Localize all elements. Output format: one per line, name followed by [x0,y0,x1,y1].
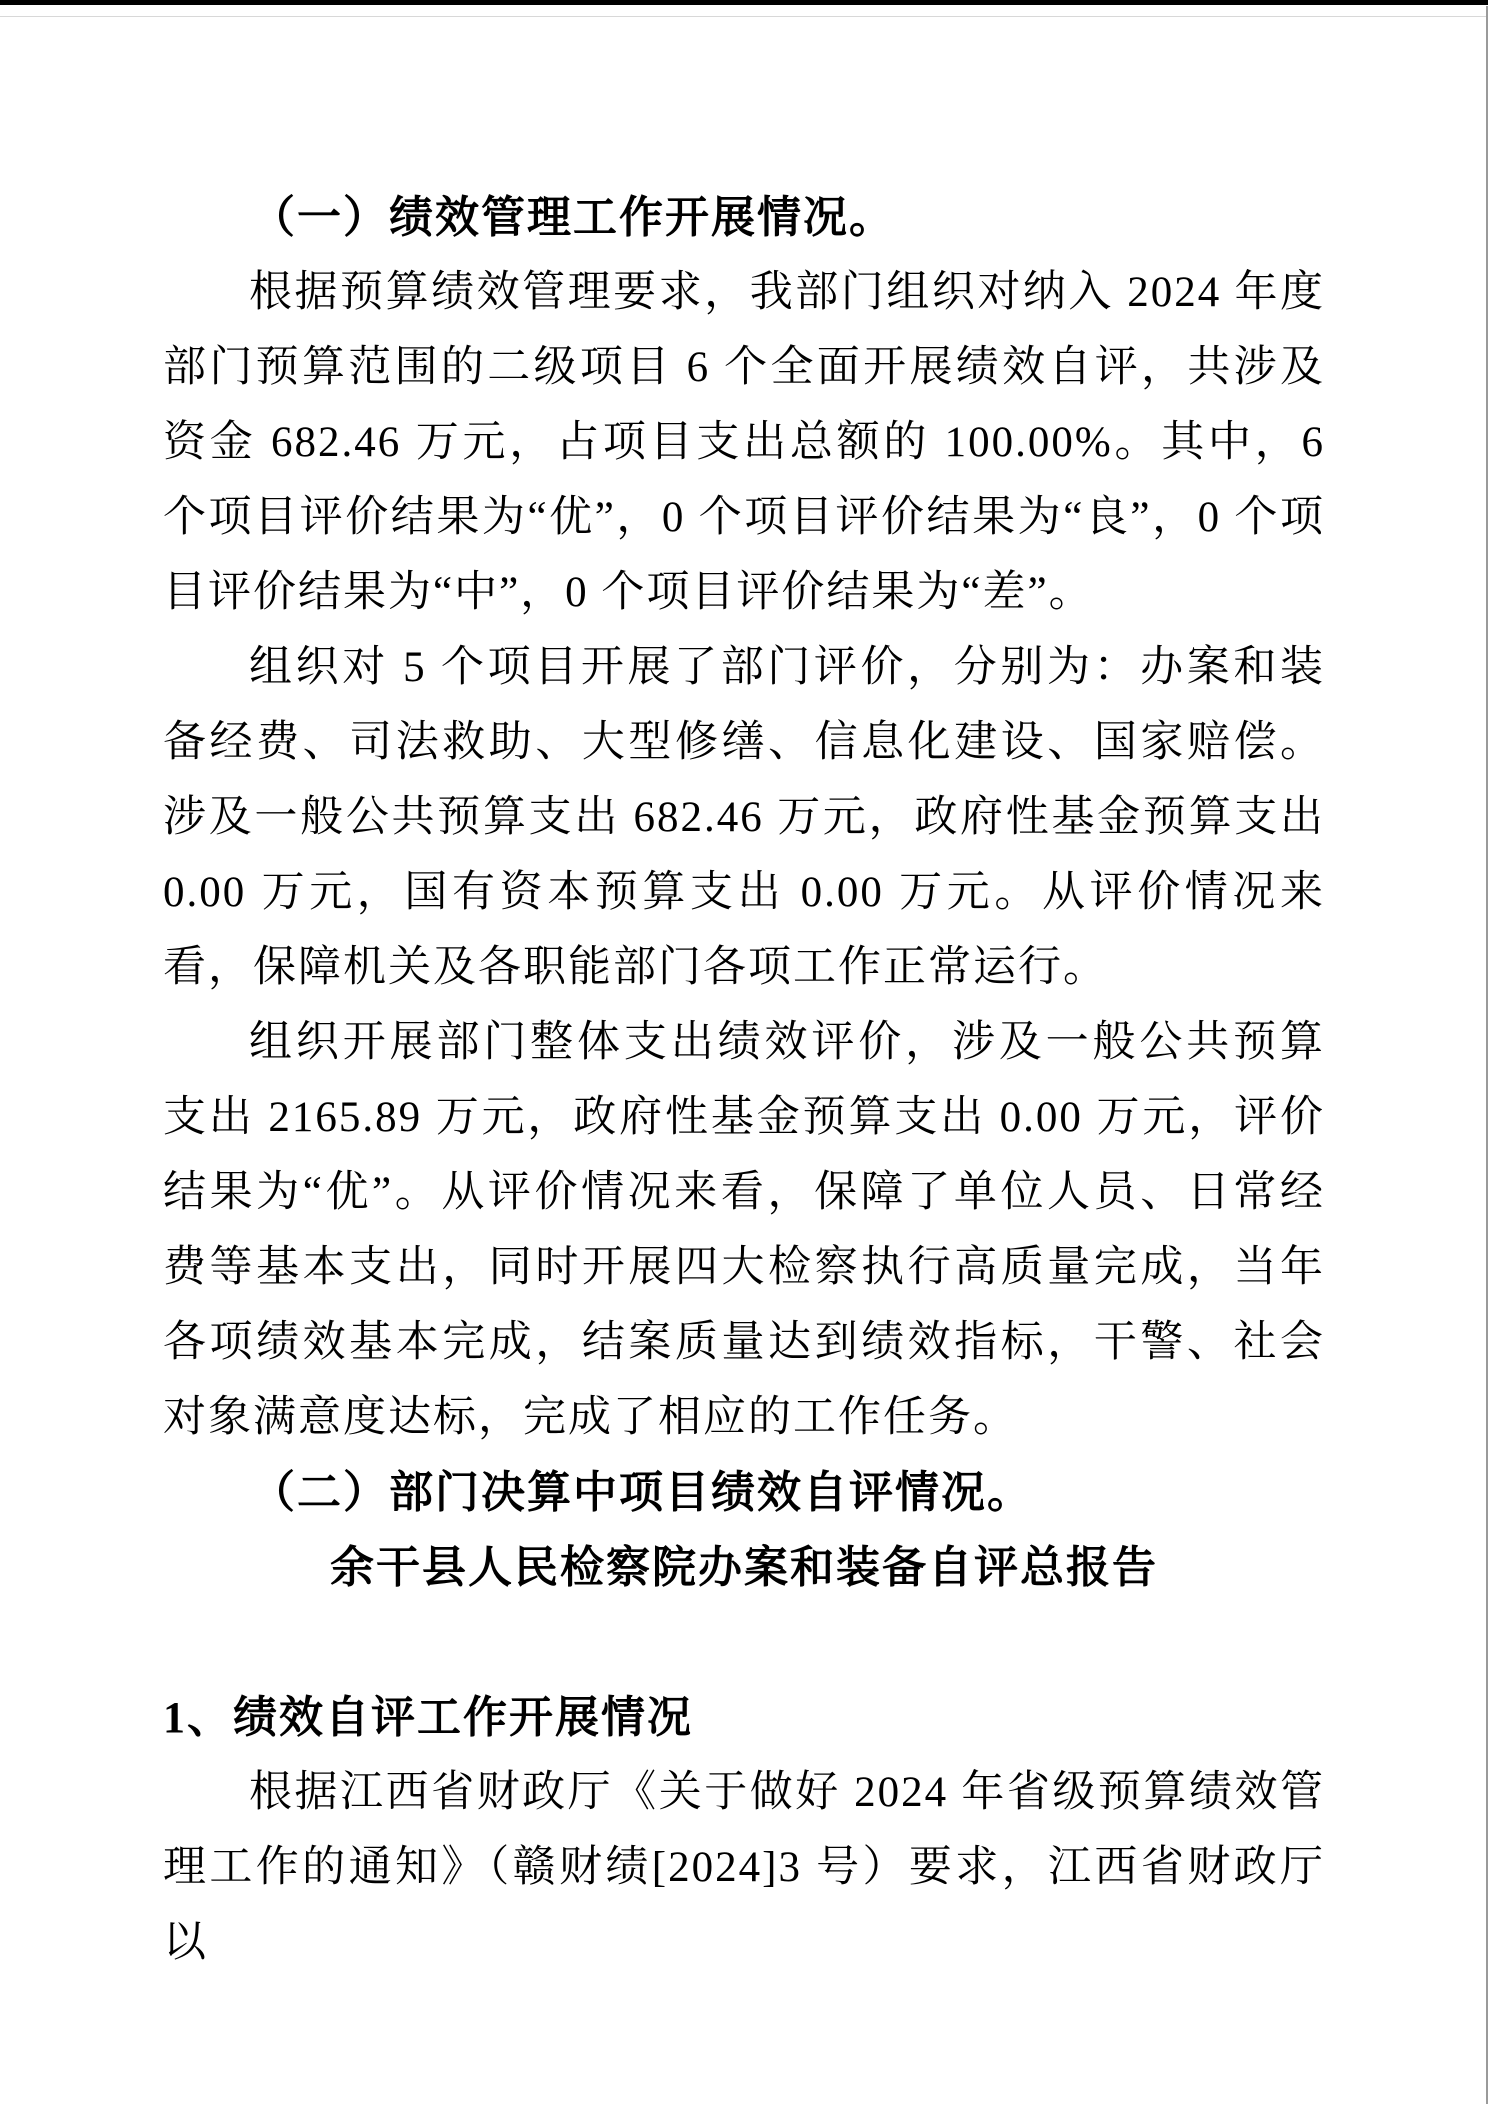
section-heading-2: （二）部门决算中项目绩效自评情况。 [163,1455,1325,1530]
top-border-bar [0,0,1488,5]
section-heading-1: （一）绩效管理工作开展情况。 [163,180,1325,255]
top-hairline [0,16,1488,17]
report-title: 余干县人民检察院办案和装备自评总报告 [163,1530,1325,1605]
blank-line [163,1605,1325,1680]
paragraph-department-evaluation: 组织对 5 个项目开展了部门评价，分别为：办案和装备经费、司法救助、大型修缮、信… [163,630,1325,1005]
closing-paragraph: 根据江西省财政厅《关于做好 2024 年省级预算绩效管理工作的通知》（赣财绩[2… [163,1755,1325,1980]
paragraph-performance-self-evaluation: 根据预算绩效管理要求，我部门组织对纳入 2024 年度部门预算范围的二级项目 6… [163,255,1325,630]
paragraph-overall-expenditure-evaluation: 组织开展部门整体支出绩效评价，涉及一般公共预算支出 2165.89 万元，政府性… [163,1005,1325,1455]
section-heading-3: 1、绩效自评工作开展情况 [163,1680,1325,1755]
document-page: （一）绩效管理工作开展情况。 根据预算绩效管理要求，我部门组织对纳入 2024 … [163,180,1325,1980]
